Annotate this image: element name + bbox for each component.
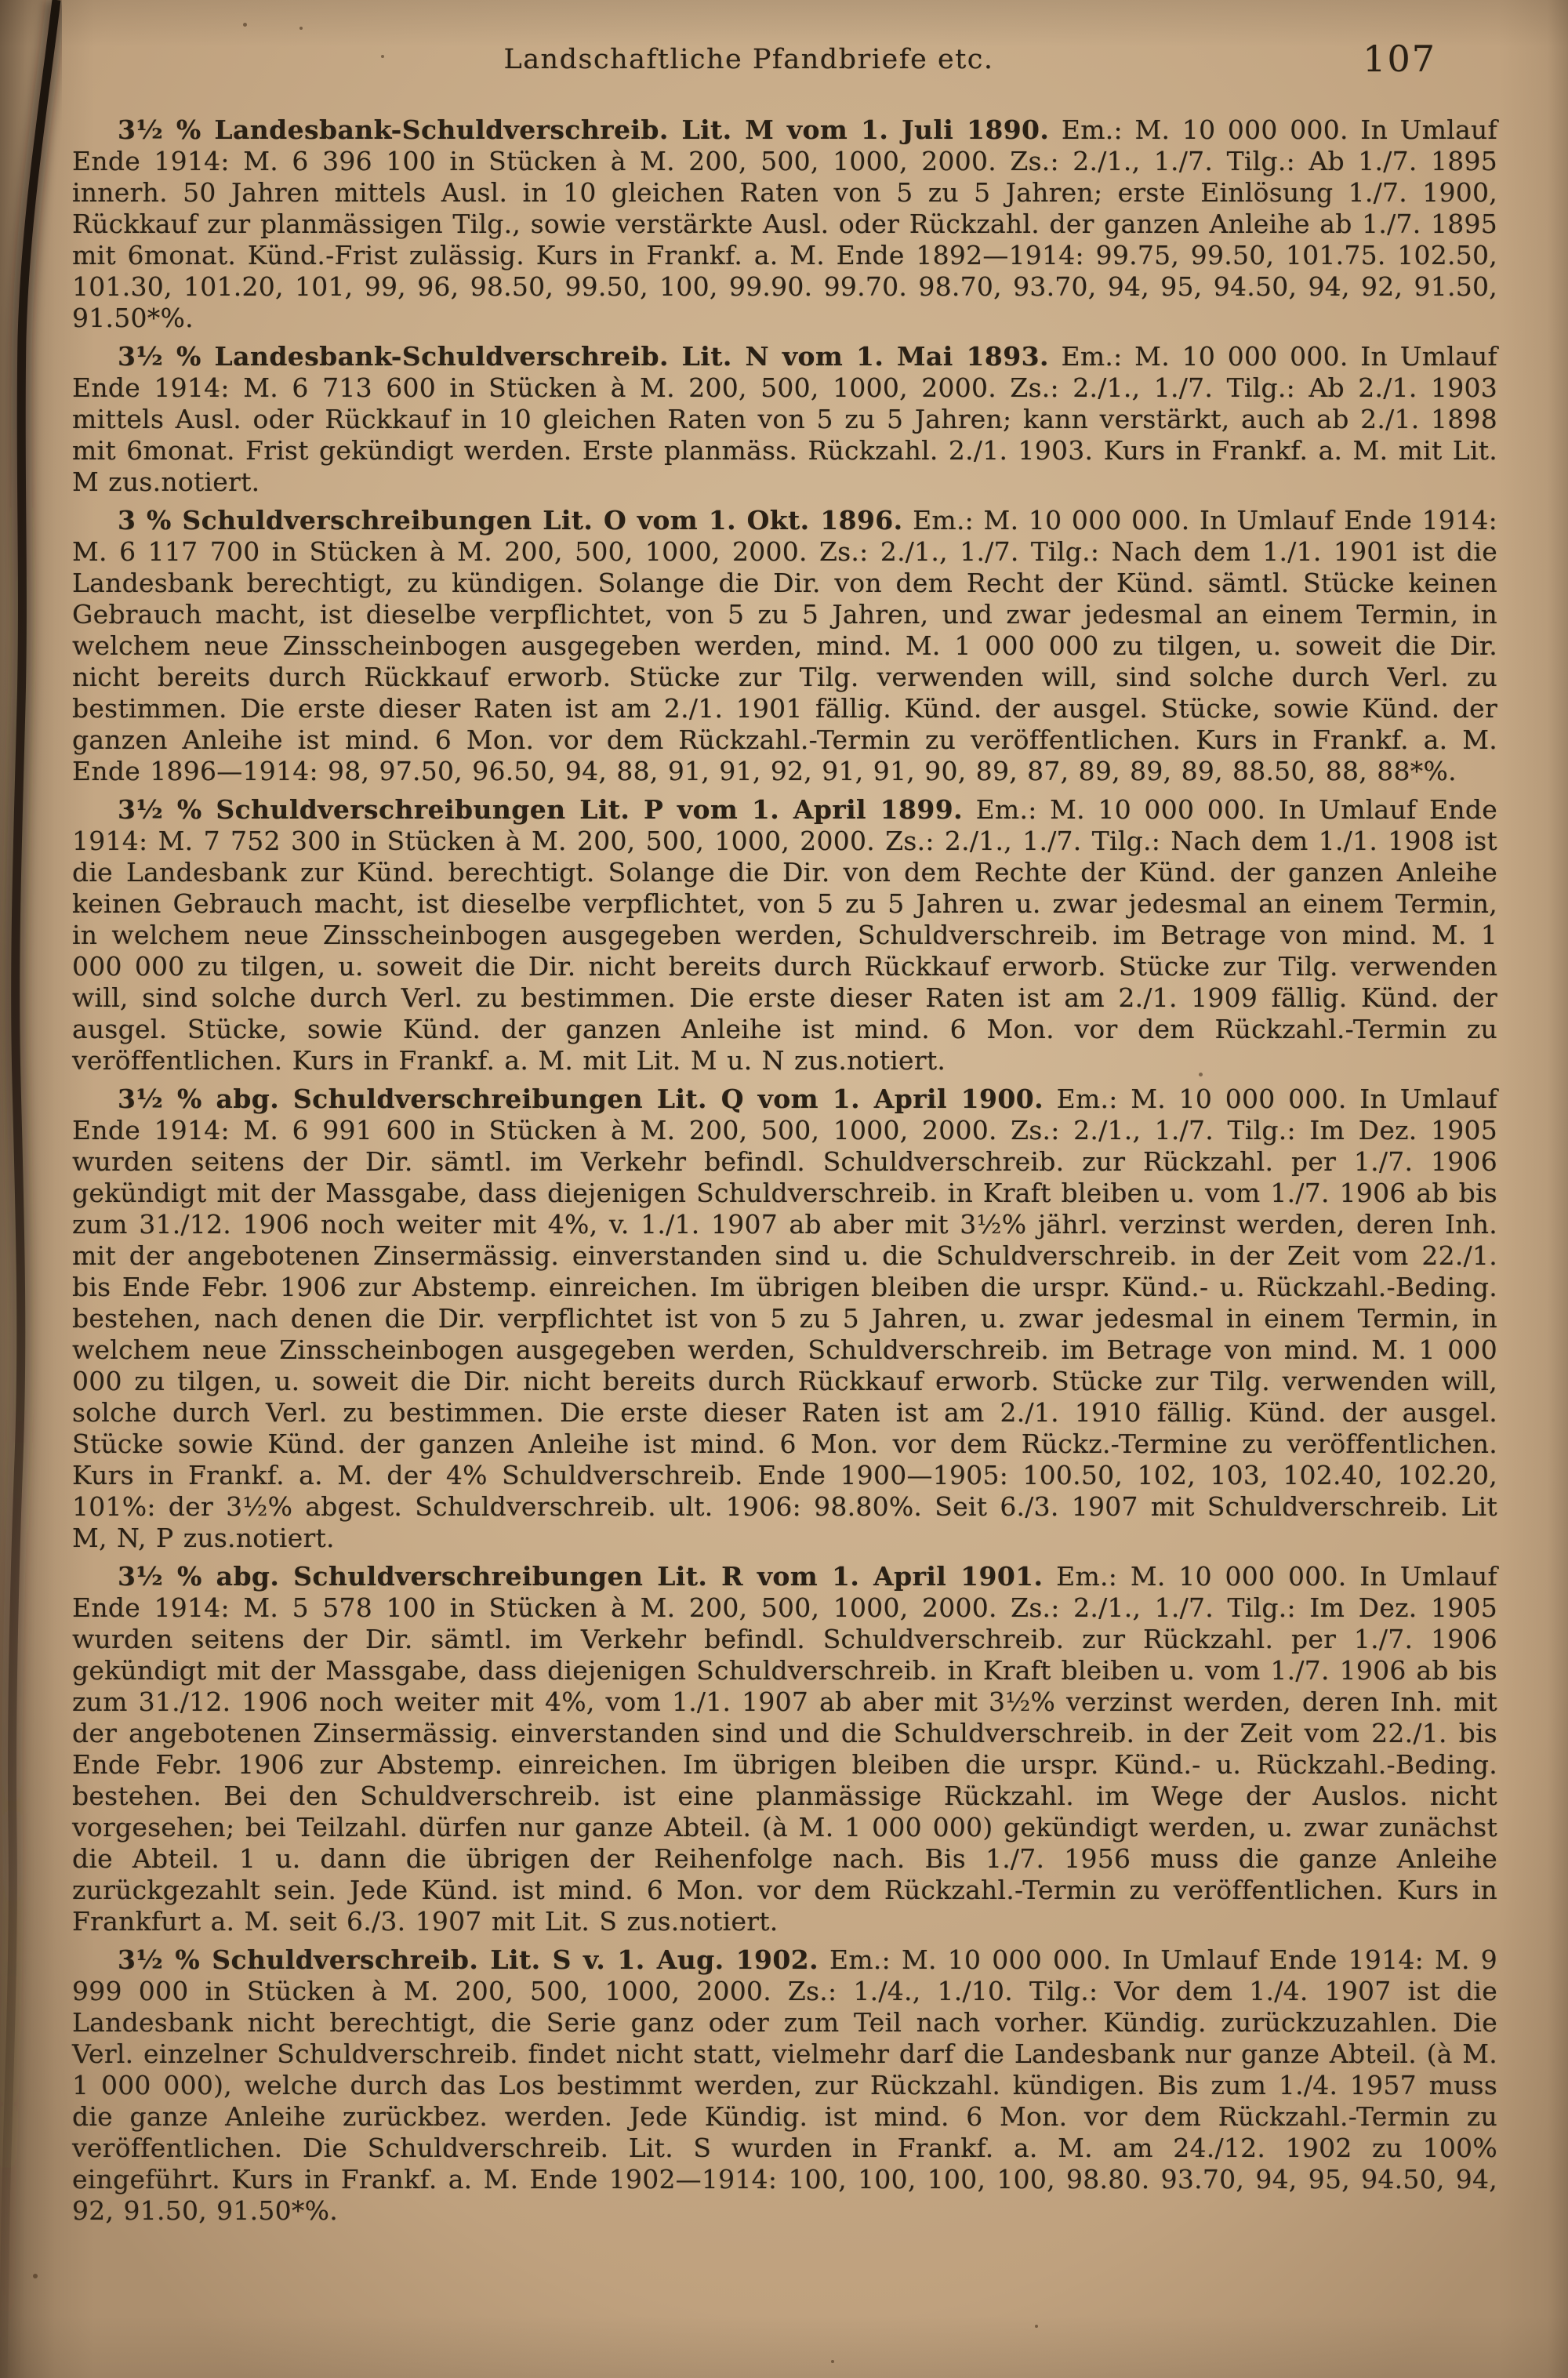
paper-speck [381, 55, 384, 58]
bond-heading-lit-o: 3 % Schuldverschreibungen Lit. O vom 1. … [118, 505, 903, 536]
book-page: Landschaftliche Pfandbriefe etc. 107 3½ … [0, 0, 1568, 2378]
bond-heading-lit-m: 3½ % Landesbank-Schuldverschreib. Lit. M… [118, 114, 1049, 145]
bond-body-lit-m: Em.: M. 10 000 000. In Umlauf Ende 1914:… [72, 114, 1497, 333]
bond-paragraph-lit-p: 3½ % Schuldverschreibungen Lit. P vom 1.… [72, 794, 1497, 1076]
paper-speck [831, 2360, 834, 2363]
paper-speck [1199, 1073, 1203, 1076]
paper-speck [969, 1705, 972, 1708]
page-content: 3½ % Landesbank-Schuldverschreib. Lit. M… [72, 114, 1497, 2234]
paper-speck [299, 27, 303, 30]
page-title: Landschaftliche Pfandbriefe etc. [0, 44, 1497, 75]
bond-body-lit-p: Em.: M. 10 000 000. In Umlauf Ende 1914:… [72, 794, 1497, 1076]
bond-heading-lit-s: 3½ % Schuldverschreib. Lit. S v. 1. Aug.… [118, 1944, 818, 1975]
page-number: 107 [1363, 38, 1436, 80]
bond-paragraph-lit-m: 3½ % Landesbank-Schuldverschreib. Lit. M… [72, 114, 1497, 334]
bond-paragraph-lit-s: 3½ % Schuldverschreib. Lit. S v. 1. Aug.… [72, 1944, 1497, 2227]
paper-speck [1035, 2325, 1038, 2328]
bond-body-lit-s: Em.: M. 10 000 000. In Umlauf Ende 1914:… [72, 1944, 1497, 2226]
bond-paragraph-lit-n: 3½ % Landesbank-Schuldverschreib. Lit. N… [72, 341, 1497, 498]
bond-paragraph-lit-o: 3 % Schuldverschreibungen Lit. O vom 1. … [72, 505, 1497, 787]
bond-heading-lit-p: 3½ % Schuldverschreibungen Lit. P vom 1.… [118, 794, 963, 825]
bond-heading-lit-r: 3½ % abg. Schuldverschreibungen Lit. R v… [118, 1561, 1043, 1592]
paper-speck [243, 23, 247, 27]
bond-paragraph-lit-r: 3½ % abg. Schuldverschreibungen Lit. R v… [72, 1561, 1497, 1937]
bond-body-lit-o: Em.: M. 10 000 000. In Umlauf Ende 1914:… [72, 505, 1497, 786]
bond-body-lit-q: Em.: M. 10 000 000. In Umlauf Ende 1914:… [72, 1084, 1497, 1553]
paper-speck [33, 2274, 38, 2278]
bond-paragraph-lit-q: 3½ % abg. Schuldverschreibungen Lit. Q v… [72, 1084, 1497, 1554]
bond-body-lit-r: Em.: M. 10 000 000. In Umlauf Ende 1914:… [72, 1561, 1497, 1937]
bond-heading-lit-n: 3½ % Landesbank-Schuldverschreib. Lit. N… [118, 341, 1049, 372]
bond-heading-lit-q: 3½ % abg. Schuldverschreibungen Lit. Q v… [118, 1084, 1044, 1114]
